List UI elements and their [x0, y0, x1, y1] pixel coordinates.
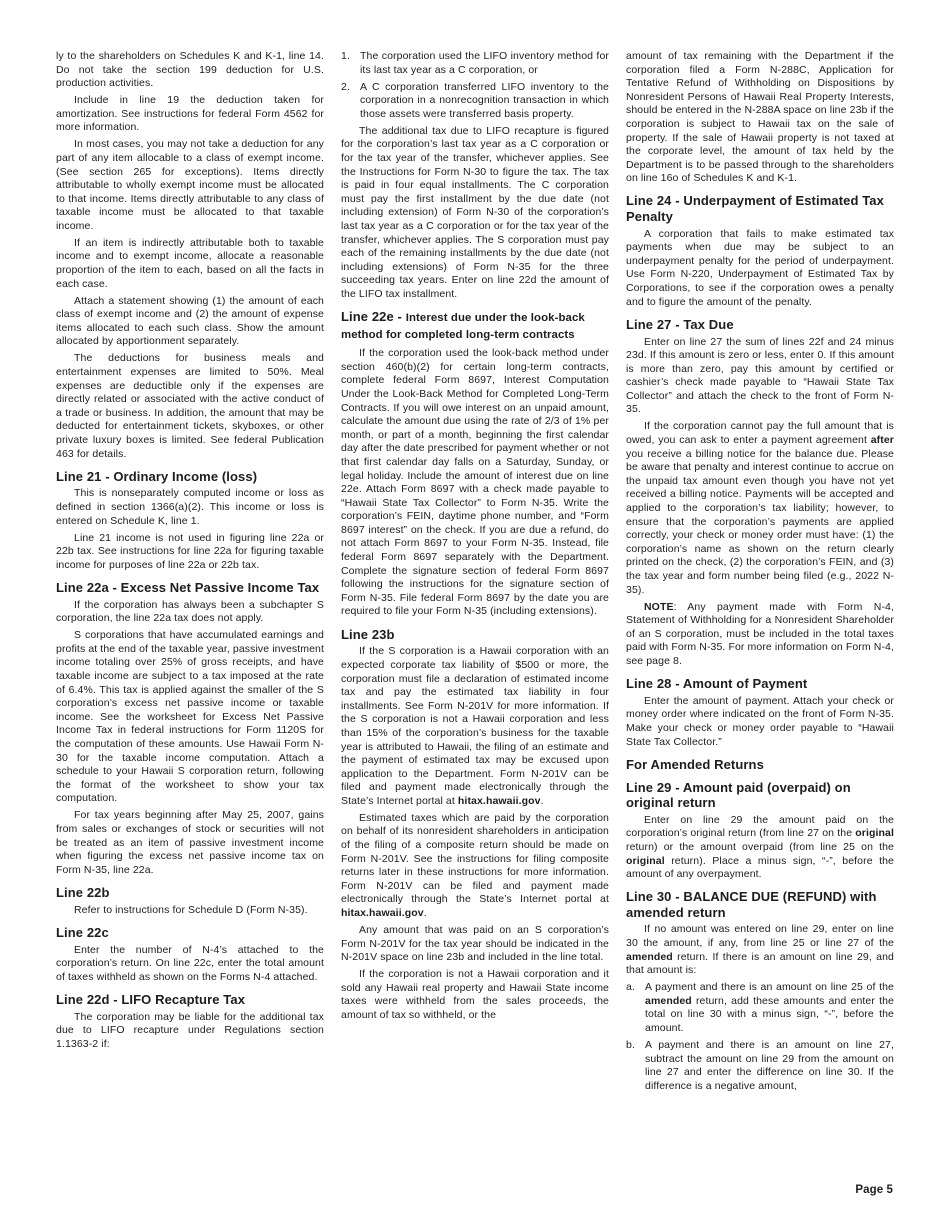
list-item-text: A C corporation transferred LIFO invento…: [360, 81, 609, 122]
section-heading: Line 30 - BALANCE DUE (REFUND) with amen…: [626, 889, 894, 920]
section-heading-subtitle: Interest due under the look-back method …: [341, 312, 585, 341]
paragraph: Enter the number of N-4’s attached to th…: [56, 944, 324, 985]
paragraph: Enter on line 27 the sum of lines 22f an…: [626, 336, 894, 418]
column-1: ly to the shareholders on Schedules K an…: [56, 50, 324, 1093]
paragraph: Include in line 19 the deduction taken f…: [56, 94, 324, 135]
paragraph: Refer to instructions for Schedule D (Fo…: [56, 904, 324, 918]
paragraph: amount of tax remaining with the Departm…: [626, 50, 894, 186]
column-2: 1.The corporation used the LIFO inventor…: [341, 50, 609, 1093]
paragraph: Enter the amount of payment. Attach your…: [626, 695, 894, 749]
list-marker: b.: [626, 1039, 645, 1093]
section-heading: Line 23b: [341, 627, 609, 642]
section-heading: Line 22e - Interest due under the look-b…: [341, 309, 609, 344]
section-heading: Line 22b: [56, 885, 324, 900]
section-heading: Line 22c: [56, 925, 324, 940]
section-heading: Line 22d - LIFO Recapture Tax: [56, 992, 324, 1007]
section-heading: Line 28 - Amount of Payment: [626, 676, 894, 691]
section-heading: Line 21 - Ordinary Income (loss): [56, 469, 324, 484]
instructions-columns: ly to the shareholders on Schedules K an…: [56, 50, 894, 1093]
paragraph: For tax years beginning after May 25, 20…: [56, 809, 324, 877]
paragraph: In most cases, you may not take a deduct…: [56, 138, 324, 233]
paragraph: If an item is indirectly attributable bo…: [56, 237, 324, 291]
paragraph: The deductions for business meals and en…: [56, 352, 324, 461]
paragraph: This is nonseparately computed income or…: [56, 487, 324, 528]
document-page: ly to the shareholders on Schedules K an…: [0, 0, 950, 1230]
paragraph: If the corporation cannot pay the full a…: [626, 420, 894, 597]
section-heading: For Amended Returns: [626, 757, 894, 772]
list-item-text: A payment and there is an amount on line…: [645, 1039, 894, 1093]
paragraph: If the corporation is not a Hawaii corpo…: [341, 968, 609, 1022]
page-number: Page 5: [855, 1184, 893, 1196]
paragraph: A corporation that fails to make estimat…: [626, 228, 894, 310]
column-3: amount of tax remaining with the Departm…: [626, 50, 894, 1093]
paragraph: ly to the shareholders on Schedules K an…: [56, 50, 324, 91]
list-item: b.A payment and there is an amount on li…: [626, 1039, 894, 1093]
section-heading: Line 24 - Underpayment of Estimated Tax …: [626, 193, 894, 224]
list-item: 1.The corporation used the LIFO inventor…: [341, 50, 609, 77]
section-heading: Line 29 - Amount paid (overpaid) on orig…: [626, 780, 894, 811]
list-marker: 1.: [341, 50, 360, 77]
list-item: a.A payment and there is an amount on li…: [626, 981, 894, 1035]
paragraph: If no amount was entered on line 29, ent…: [626, 923, 894, 977]
paragraph: If the S corporation is a Hawaii corpora…: [341, 645, 609, 808]
paragraph: NOTE: Any payment made with Form N-4, St…: [626, 601, 894, 669]
paragraph: If the corporation used the look-back me…: [341, 347, 609, 619]
paragraph: Attach a statement showing (1) the amoun…: [56, 295, 324, 349]
paragraph: S corporations that have accumulated ear…: [56, 629, 324, 806]
paragraph: The corporation may be liable for the ad…: [56, 1011, 324, 1052]
list-item-text: A payment and there is an amount on line…: [645, 981, 894, 1035]
list-marker: a.: [626, 981, 645, 1035]
paragraph: Any amount that was paid on an S corpora…: [341, 924, 609, 965]
section-heading: Line 22a - Excess Net Passive Income Tax: [56, 580, 324, 595]
paragraph: Line 21 income is not used in figuring l…: [56, 532, 324, 573]
list-item: 2.A C corporation transferred LIFO inven…: [341, 81, 609, 122]
paragraph: The additional tax due to LIFO recapture…: [341, 125, 609, 302]
paragraph: Estimated taxes which are paid by the co…: [341, 812, 609, 921]
paragraph: Enter on line 29 the amount paid on the …: [626, 814, 894, 882]
section-heading: Line 27 - Tax Due: [626, 317, 894, 332]
list-marker: 2.: [341, 81, 360, 122]
paragraph: If the corporation has always been a sub…: [56, 599, 324, 626]
list-item-text: The corporation used the LIFO inventory …: [360, 50, 609, 77]
